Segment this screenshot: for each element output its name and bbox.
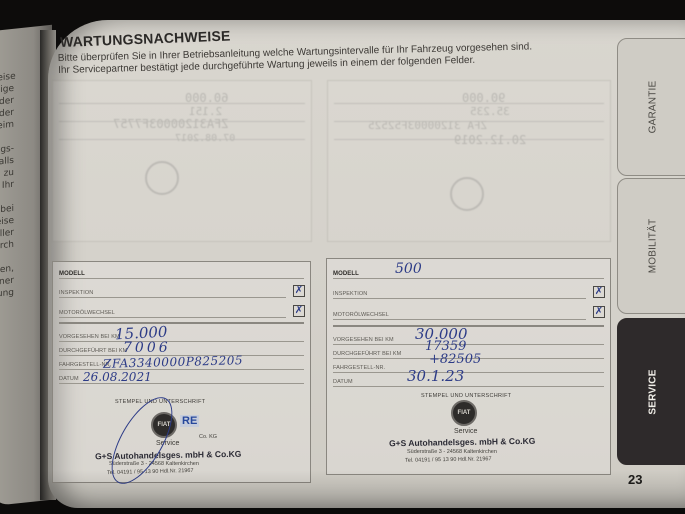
label-durchgefuehrt: DURCHGEFÜHRT BEI KM [59,348,127,354]
stamp-phone: Tel. 04191 / 95 13 90 Hdl.Nr. 21967 [405,456,492,464]
row-modell: MODELL [59,265,304,279]
tab-garantie[interactable]: GARANTIE [617,38,685,176]
row-datum: DATUM [333,373,604,387]
label-datum: DATUM [59,376,79,382]
row-inspektion: INSPEKTION [59,284,304,298]
field-line [59,297,286,298]
motoroel-checkbox[interactable]: ✗ [293,305,305,317]
divider [59,103,305,104]
ghost-seal [450,177,484,211]
field-line [333,298,586,299]
handwritten-durchgefuehrt-km: 7006 [123,340,171,356]
section-divider [59,322,304,324]
ghost-text: ZFA 31200003F52525 [368,119,487,132]
text-fragment: ung [0,287,14,302]
tab-label: MOBILITÄT [648,219,659,274]
label-datum: DATUM [333,379,353,385]
page-number: 23 [628,472,642,487]
handwritten-datum: 30.1.23 [407,367,464,385]
ghost-text: ZFA31200003F7757 [113,117,229,131]
field-line [59,278,304,279]
stempel-label: STEMPEL UND UNTERSCHRIFT [421,393,511,399]
handwritten-datum: 26.08.2021 [83,370,152,384]
service-record-2: MODELL 500 INSPEKTION ✗ MOTORÖLWECHSEL ✗… [326,258,611,475]
section-divider [333,325,604,327]
field-line [333,319,586,320]
row-vorgesehen: VORGESEHEN BEI KM [59,328,304,342]
stamp-company: G+S Autohandelsges. mbH & Co.KG [389,436,535,449]
handwritten-modell: 500 [395,261,422,277]
stamp-service-text: Service [454,428,477,435]
label-motoroelwechsel: MOTORÖLWECHSEL [333,312,389,318]
tab-label: SERVICE [648,369,659,414]
label-fahrgestell: FAHRGESTELL-NR. [333,365,385,371]
label-inspektion: INSPEKTION [59,290,93,296]
tab-mobilitaet[interactable]: MOBILITÄT [617,178,685,314]
service-record-1: MODELL INSPEKTION ✗ MOTORÖLWECHSEL ✗ VOR… [52,261,311,483]
label-vorgesehen: VORGESEHEN BEI KM [59,334,120,340]
ghost-text: 07.08.2017 [175,133,235,144]
ghost-text: 90.000 [462,91,505,105]
field-line [333,386,604,387]
label-modell: MODELL [59,271,85,277]
ghost-text: 35.235 [470,105,510,118]
tab-label: GARANTIE [648,81,659,134]
ghost-record-box: 90.000 35.235 ZFA 31200003F52525 20.12.2… [327,80,611,242]
ghost-text: 60.000 [185,91,228,105]
tab-service[interactable]: SERVICE [617,318,685,465]
ghost-seal [145,161,179,195]
field-line [333,278,604,279]
left-page-text: weise tzige der der beim ngs- falls n zu… [0,71,14,302]
field-line [59,317,286,318]
blue-service-stamp: RE [180,415,199,427]
inspektion-checkbox[interactable]: ✗ [593,286,605,298]
handwritten-fahrgestell-nr: +82505 [429,352,481,367]
label-inspektion: INSPEKTION [333,291,367,297]
label-modell: MODELL [333,271,359,277]
label-durchgefuehrt: DURCHGEFÜHRT BEI KM [333,351,401,357]
ghost-record-box: 60.000 2.151 ZFA31200003F7757 07.08.2017 [52,80,312,242]
label-motoroelwechsel: MOTORÖLWECHSEL [59,310,115,316]
ghost-text: 20.12.2019 [454,133,526,147]
row-motoroel: MOTORÖLWECHSEL [59,304,304,318]
row-modell: MODELL [333,265,604,279]
label-vorgesehen: VORGESEHEN BEI KM [333,337,394,343]
motoroel-checkbox[interactable]: ✗ [593,306,605,318]
row-inspektion: INSPEKTION [333,285,604,299]
inspektion-checkbox[interactable]: ✗ [293,285,305,297]
stamp-address: Süderstraße 3 - 24568 Kaltenkirchen [407,449,497,455]
stamp-extra: Co. KG [199,434,217,440]
row-vorgesehen: VORGESEHEN BEI KM [333,331,604,345]
row-motoroel: MOTORÖLWECHSEL [333,306,604,320]
fiat-seal-icon: FIAT [451,400,477,426]
